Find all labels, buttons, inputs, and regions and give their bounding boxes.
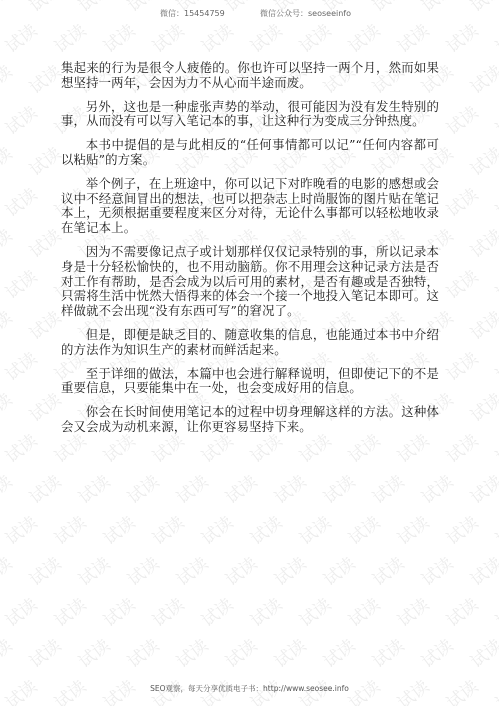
watermark-text: 试读 — [27, 63, 64, 97]
watermark-text: 试读 — [174, 637, 211, 671]
watermark-text: 试读 — [223, 637, 260, 671]
watermark-text: 试读 — [0, 227, 16, 261]
watermark-text: 试读 — [27, 555, 64, 589]
watermark-text: 试读 — [125, 555, 162, 589]
watermark-text: 试读 — [297, 514, 334, 548]
watermark-text: 试读 — [174, 473, 211, 507]
watermark-text: 试读 — [199, 596, 236, 630]
watermark-text: 试读 — [76, 555, 113, 589]
paragraph: 另外，这也是一种虚张声势的举动，很可能因为没有发生特别的事，从而没有可以写入笔记… — [61, 100, 439, 130]
watermark-text: 试读 — [297, 22, 334, 56]
watermark-text: 试读 — [493, 104, 499, 138]
watermark-text: 试读 — [419, 555, 456, 589]
watermark-text: 试读 — [0, 63, 16, 97]
watermark-text: 试读 — [468, 309, 499, 343]
watermark-text: 试读 — [370, 555, 407, 589]
watermark-text: 试读 — [370, 637, 407, 671]
watermark-text: 试读 — [444, 104, 481, 138]
watermark-text: 试读 — [27, 227, 64, 261]
watermark-text: 试读 — [272, 473, 309, 507]
watermark-text: 试读 — [444, 22, 481, 56]
watermark-text: 试读 — [493, 432, 499, 466]
watermark-text: 试读 — [444, 432, 481, 466]
watermark-text: 试读 — [150, 514, 187, 548]
paragraph: 集起来的行为是很令人疲倦的。你也许可以坚持一两个月，然而如果想坚持一两年，会因为… — [61, 61, 439, 91]
paragraph: 举个例子，在上班途中，你可以记下对昨晚看的电影的感想或会议中不经意间冒出的想法，… — [61, 177, 439, 236]
watermark-text: 试读 — [223, 473, 260, 507]
watermark-text: 试读 — [27, 145, 64, 179]
watermark-text: 试读 — [3, 104, 40, 138]
paragraph: 因为不需要像记点子或计划那样仅仅记录特别的事，所以记录本身是十分轻松愉快的，也不… — [61, 245, 439, 319]
watermark-text: 试读 — [101, 514, 138, 548]
watermark-text: 试读 — [3, 350, 40, 384]
paragraph: 至于详细的做法，本篇中也会进行解释说明，但即使记下的不是重要信息，只要能集中在一… — [61, 367, 439, 397]
watermark-text: 试读 — [3, 22, 40, 56]
paragraph: 但是，即便是缺乏目的、随意收集的信息，也能通过本书中介绍的方法作为知识生产的素材… — [61, 328, 439, 358]
watermark-text: 试读 — [150, 22, 187, 56]
watermark-text: 试读 — [248, 514, 285, 548]
watermark-text: 试读 — [321, 555, 358, 589]
watermark-text: 试读 — [3, 432, 40, 466]
watermark-text: 试读 — [468, 637, 499, 671]
paragraph: 你会在长时间使用笔记本的过程中切身理解这样的方法。这种体会又会成为动机来源，让你… — [61, 405, 439, 435]
watermark-text: 试读 — [199, 514, 236, 548]
watermark-text: 试读 — [174, 555, 211, 589]
watermark-text: 试读 — [76, 637, 113, 671]
watermark-text: 试读 — [297, 596, 334, 630]
watermark-text: 试读 — [0, 145, 16, 179]
watermark-text: 试读 — [27, 391, 64, 425]
watermark-text: 试读 — [101, 22, 138, 56]
watermark-text: 试读 — [468, 227, 499, 261]
watermark-text: 试读 — [493, 268, 499, 302]
watermark-text: 试读 — [395, 22, 432, 56]
watermark-text: 试读 — [493, 186, 499, 220]
watermark-text: 试读 — [0, 391, 16, 425]
watermark-text: 试读 — [493, 350, 499, 384]
watermark-text: 试读 — [468, 63, 499, 97]
watermark-text: 试读 — [346, 596, 383, 630]
watermark-text: 试读 — [150, 596, 187, 630]
watermark-text: 试读 — [346, 514, 383, 548]
watermark-text: 试读 — [321, 473, 358, 507]
watermark-text: 试读 — [346, 22, 383, 56]
page-header: 微信：15454759 微信公众号：seoseeinfo — [0, 7, 499, 21]
watermark-text: 试读 — [468, 473, 499, 507]
watermark-text: 试读 — [444, 268, 481, 302]
watermark-text: 试读 — [444, 596, 481, 630]
watermark-text: 试读 — [493, 596, 499, 630]
watermark-text: 试读 — [0, 637, 16, 671]
watermark-text: 试读 — [468, 391, 499, 425]
watermark-text: 试读 — [395, 596, 432, 630]
watermark-text: 试读 — [52, 596, 89, 630]
watermark-text: 试读 — [223, 555, 260, 589]
paragraph: 本书中提倡的是与此相反的“任何事情都可以记”“任何内容都可以粘贴”的方案。 — [61, 138, 439, 168]
watermark-text: 试读 — [468, 555, 499, 589]
watermark-text: 试读 — [444, 514, 481, 548]
watermark-text: 试读 — [3, 514, 40, 548]
watermark-text: 试读 — [493, 22, 499, 56]
watermark-text: 试读 — [321, 637, 358, 671]
watermark-text: 试读 — [419, 637, 456, 671]
watermark-text: 试读 — [444, 186, 481, 220]
watermark-text: 试读 — [444, 350, 481, 384]
page-footer: SEO观察，每天分享优质电子书：http://www.seosee.info — [0, 683, 499, 694]
watermark-text: 试读 — [27, 473, 64, 507]
watermark-text: 试读 — [0, 473, 16, 507]
document-body: 集起来的行为是很令人疲倦的。你也许可以坚持一两个月，然而如果想坚持一两年，会因为… — [61, 61, 439, 444]
watermark-text: 试读 — [3, 186, 40, 220]
header-official-account: 微信公众号：seoseeinfo — [260, 8, 351, 19]
watermark-text: 试读 — [3, 596, 40, 630]
watermark-text: 试读 — [199, 22, 236, 56]
watermark-text: 试读 — [76, 473, 113, 507]
watermark-text: 试读 — [248, 596, 285, 630]
watermark-text: 试读 — [468, 145, 499, 179]
watermark-text: 试读 — [52, 22, 89, 56]
watermark-text: 试读 — [125, 473, 162, 507]
watermark-text: 试读 — [3, 268, 40, 302]
watermark-text: 试读 — [27, 637, 64, 671]
watermark-text: 试读 — [272, 555, 309, 589]
watermark-text: 试读 — [395, 514, 432, 548]
watermark-text: 试读 — [0, 555, 16, 589]
watermark-text: 试读 — [0, 309, 16, 343]
watermark-text: 试读 — [125, 637, 162, 671]
watermark-text: 试读 — [419, 473, 456, 507]
watermark-text: 试读 — [101, 596, 138, 630]
watermark-text: 试读 — [248, 22, 285, 56]
header-wechat-id: 微信：15454759 — [160, 8, 225, 19]
watermark-text: 试读 — [370, 473, 407, 507]
watermark-text: 试读 — [52, 514, 89, 548]
watermark-text: 试读 — [27, 309, 64, 343]
watermark-text: 试读 — [272, 637, 309, 671]
watermark-text: 试读 — [493, 514, 499, 548]
